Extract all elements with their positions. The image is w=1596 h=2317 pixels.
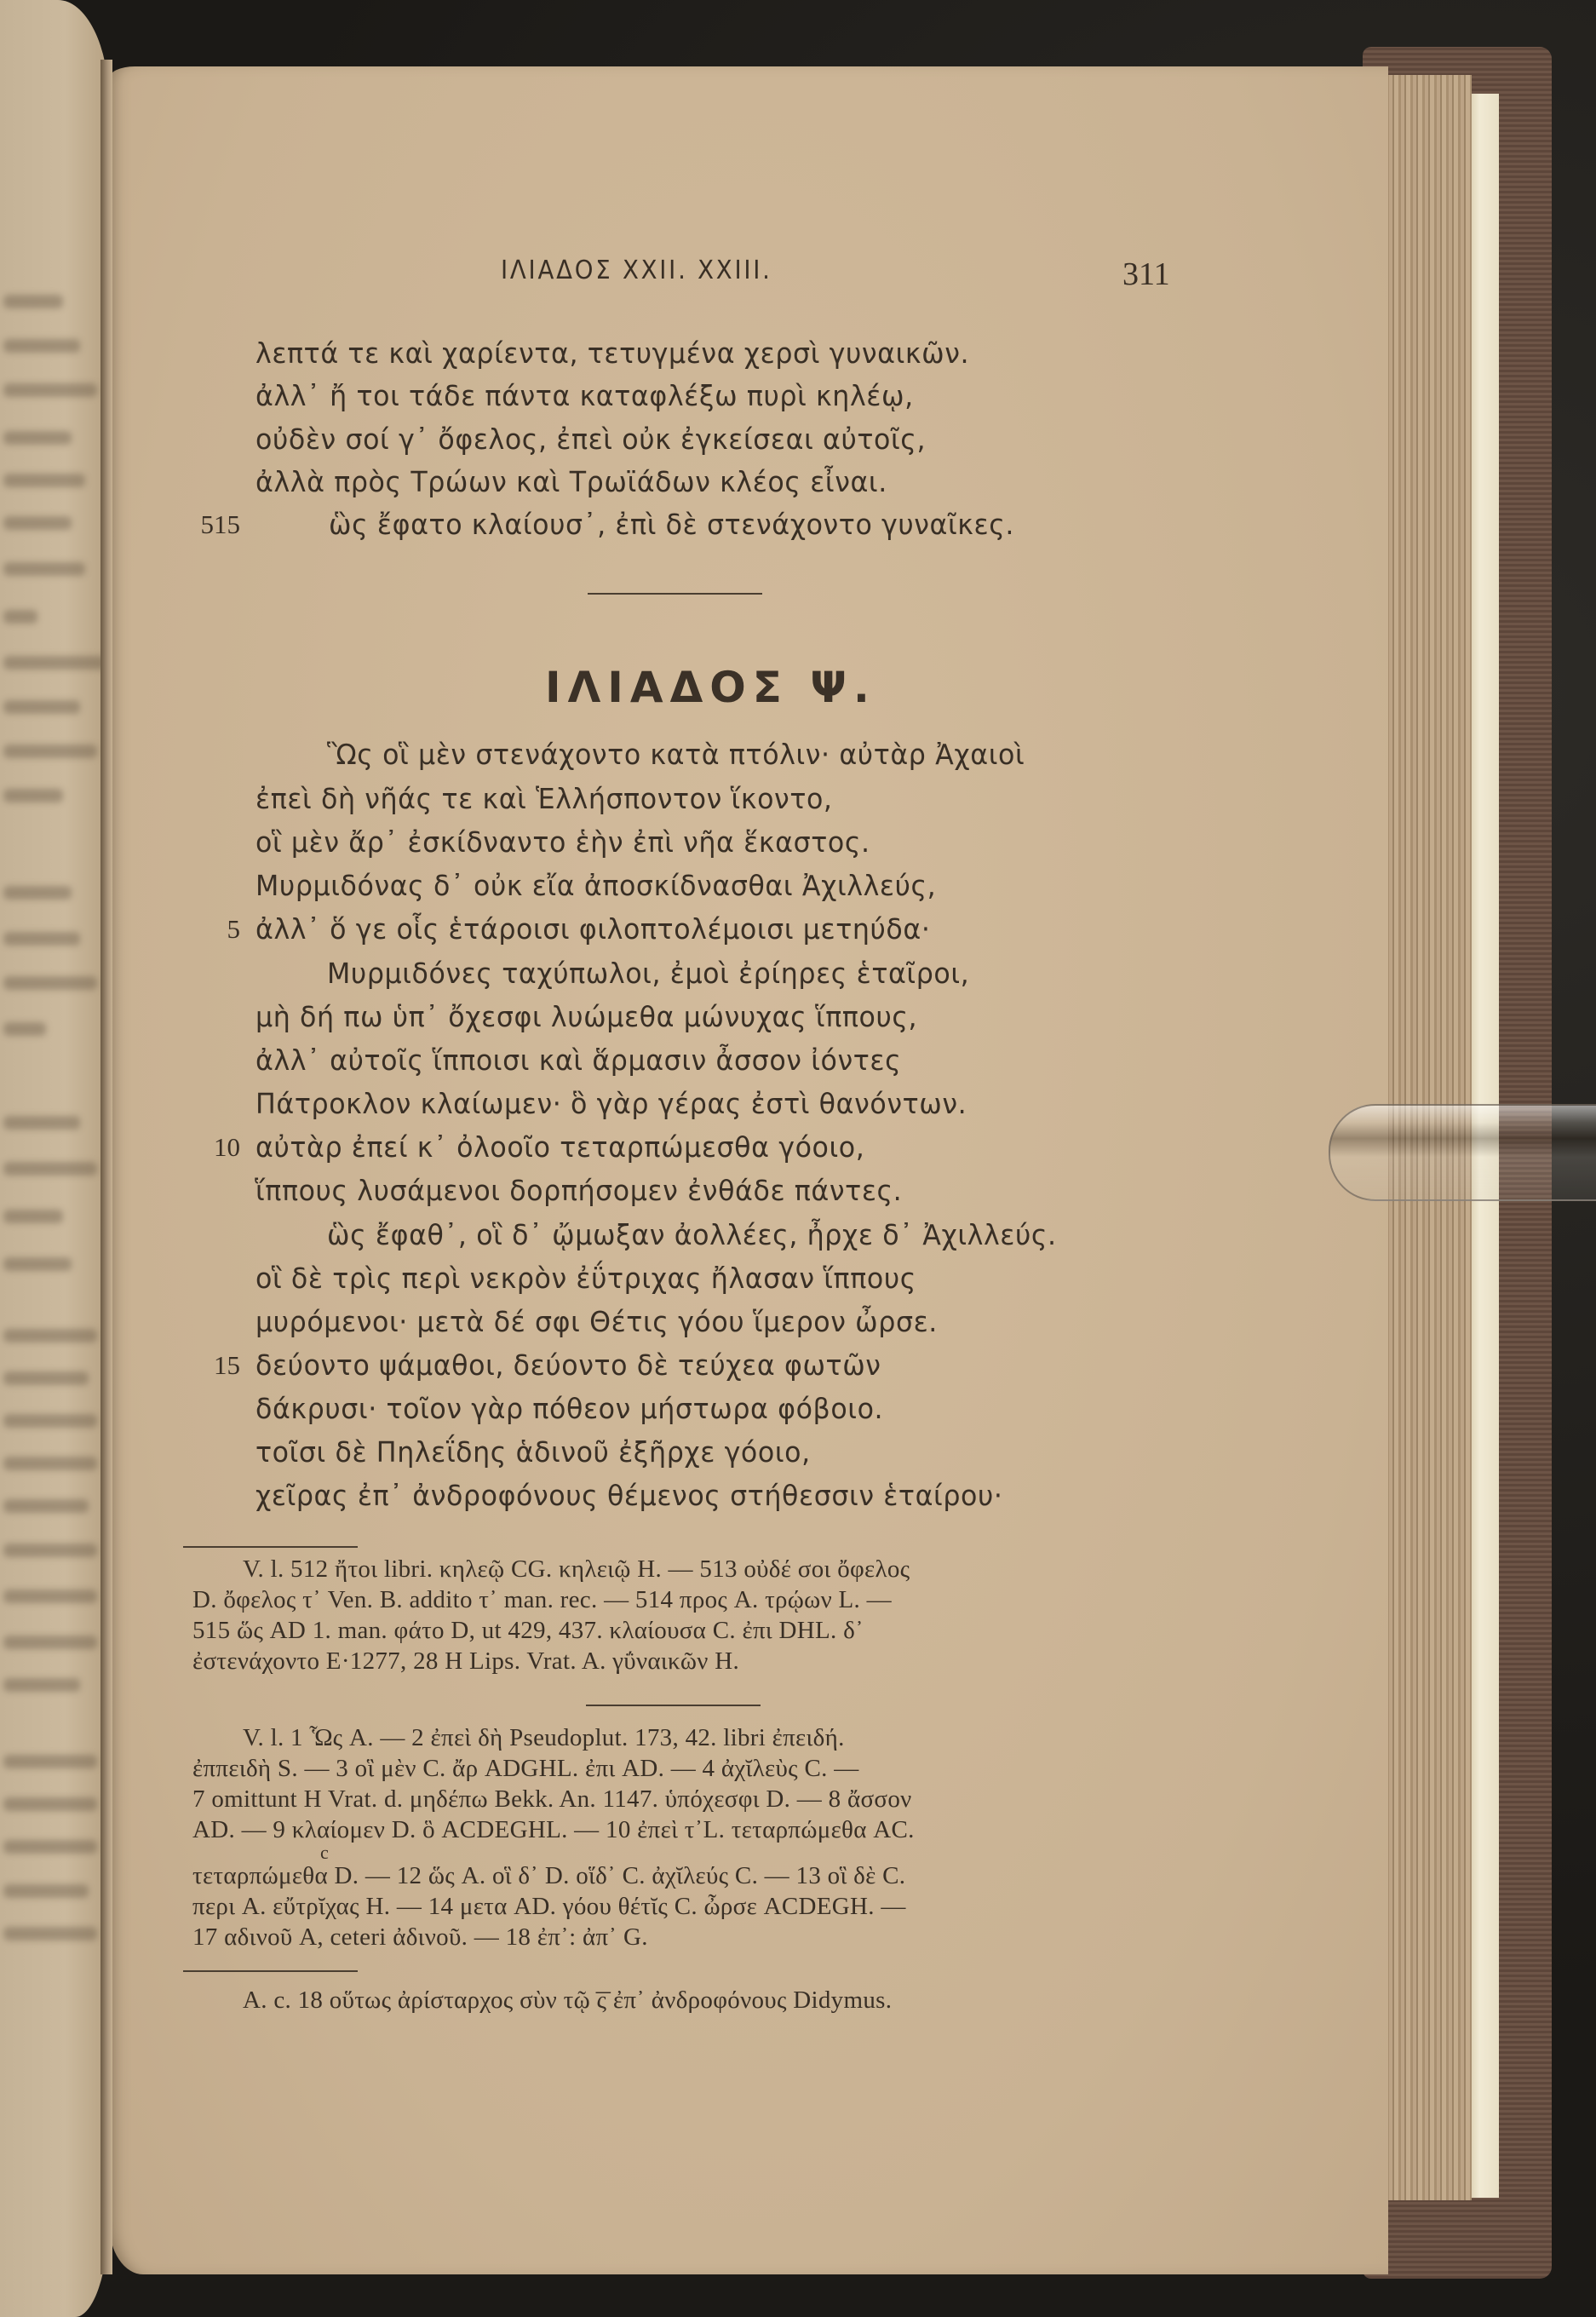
verse-line: δεύοντο ψάμαθοι, δεύοντο δὲ τεύχεα φωτῶν bbox=[255, 1348, 881, 1382]
apparatus-line: τεταρπώμεθα D. — 12 ὥς A. οἳ δ᾽ D. οἵδ᾽ … bbox=[192, 1862, 905, 1890]
verse-line: μὴ δή πω ὑπ᾽ ὄχεσφι λυώμεθα μώνυχας ἵππο… bbox=[255, 1000, 917, 1033]
left-facing-page bbox=[0, 0, 109, 2317]
line-number: 10 bbox=[189, 1132, 240, 1163]
line-number: 5 bbox=[189, 914, 240, 945]
paper-knife bbox=[1329, 1104, 1596, 1201]
apparatus-line: 515 ὥς AD 1. man. φάτο D, ut 429, 437. κ… bbox=[192, 1617, 864, 1645]
verse-line: χεῖρας ἐπ᾽ ἀνδροφόνους θέμενος στήθεσσιν… bbox=[255, 1479, 1003, 1512]
running-head-title: ΙΛΙΑΔΟΣ XXII. XXIII. bbox=[501, 256, 772, 285]
verse-line: ἐπεὶ δὴ νῆάς τε καὶ Ἑλλήσποντον ἵκοντο, bbox=[255, 782, 833, 815]
verse-line: Μυρμιδόνας δ᾽ οὐκ εἴα ἀποσκίδνασθαι Ἀχιλ… bbox=[255, 869, 936, 902]
verse-line: μυρόμενοι· μετὰ δέ σφι Θέτις γόου ἵμερον… bbox=[255, 1305, 938, 1338]
apparatus-rule bbox=[183, 1546, 358, 1548]
apparatus-line: ἐστενάχοντο E·1277, 28 H Lips. Vrat. A. … bbox=[192, 1647, 739, 1676]
verse-line: Ὣς οἳ μὲν στενάχοντο κατὰ πτόλιν· αὐτὰρ … bbox=[327, 738, 1025, 771]
verse-line: ὣς ἔφαθ᾽, οἳ δ᾽ ᾤμωξαν ἀολλέες, ἦρχε δ᾽ … bbox=[327, 1218, 1057, 1251]
book-title: ΙΛΙΑΔΟΣ Ψ. bbox=[545, 663, 876, 712]
apparatus-line: 7 omittunt H Vrat. d. μηδέπω Bekk. An. 1… bbox=[192, 1785, 912, 1814]
verse-line: ἀλλ᾽ ὅ γε οἷς ἑτάροισι φιλοπτολέμοισι με… bbox=[255, 912, 930, 946]
verse-line: λεπτά τε καὶ χαρίεντα, τετυγμένα χερσὶ γ… bbox=[255, 336, 969, 370]
verse-line: δάκρυσι· τοῖον γὰρ πόθεον μήστωρα φόβοιο… bbox=[255, 1392, 883, 1425]
superscript-c: c bbox=[320, 1842, 329, 1864]
line-number: 515 bbox=[189, 509, 240, 540]
apparatus-line: D. ὄφελος τ᾽ Ven. B. addito τ᾽ man. rec.… bbox=[192, 1586, 892, 1614]
verse-line: οἳ δὲ τρὶς περὶ νεκρὸν ἐΰτριχας ἤλασαν ἵ… bbox=[255, 1262, 916, 1295]
apparatus-line: AD. — 9 κλαίομεν D. ὃ ACDEGHL. — 10 ἐπεὶ… bbox=[192, 1816, 915, 1844]
apparatus-line: V. l. 1 Ὧς A. — 2 ἐπεὶ δὴ Pseudoplut. 17… bbox=[243, 1724, 845, 1752]
section-divider bbox=[588, 593, 762, 595]
verse-line: αὐτὰρ ἐπεί κ᾽ ὀλοοῖο τεταρπώμεσθα γόοιο, bbox=[255, 1130, 864, 1164]
apparatus-rule bbox=[586, 1705, 761, 1706]
apparatus-line: 17 αδινοῦ A, ceteri ἀδινοῦ. — 18 ἐπ᾽: ἀπ… bbox=[192, 1923, 648, 1952]
apparatus-line: V. l. 512 ἤτοι libri. κηλεῷ CG. κηλειῷ H… bbox=[243, 1555, 910, 1584]
verse-line: Μυρμιδόνες ταχύπωλοι, ἐμοὶ ἐρίηρες ἑταῖρ… bbox=[327, 957, 969, 990]
verse-line: οἳ μὲν ἄρ᾽ ἐσκίδναντο ἑὴν ἐπὶ νῆα ἕκαστο… bbox=[255, 825, 870, 859]
verse-line: Πάτροκλον κλαίωμεν· ὃ γὰρ γέρας ἐστὶ θαν… bbox=[255, 1087, 967, 1120]
line-number: 15 bbox=[189, 1350, 240, 1381]
verse-line: ἀλλὰ πρὸς Τρώων καὶ Τρωϊάδων κλέος εἶναι… bbox=[255, 465, 887, 498]
page-number: 311 bbox=[1122, 256, 1170, 293]
verse-line: οὐδὲν σοί γ᾽ ὄφελος, ἐπεὶ οὐκ ἐγκείσεαι … bbox=[255, 423, 926, 456]
page-gutter bbox=[100, 60, 112, 2274]
verse-line: ἵππους λυσάμενοι δορπήσομεν ἐνθάδε πάντε… bbox=[255, 1174, 902, 1207]
verse-line: τοῖσι δὲ Πηλεΐδης ἁδινοῦ ἐξῆρχε γόοιο, bbox=[255, 1435, 811, 1469]
verse-line: ἀλλ᾽ ἤ τοι τάδε πάντα καταφλέξω πυρὶ κηλ… bbox=[255, 379, 914, 412]
apparatus-line: ἐππειδὴ S. — 3 οἳ μὲν C. ἄρ ADGHL. ἐπι A… bbox=[192, 1755, 859, 1783]
apparatus-rule bbox=[183, 1970, 358, 1972]
apparatus-ac-line: A. c. 18 οὕτως ἀρίσταρχος σὺν τῷ ͞ς ἐπ᾽ … bbox=[243, 1986, 892, 2015]
apparatus-line: περι A. εὔτρῐχας H. — 14 μετα AD. γόου θ… bbox=[192, 1893, 906, 1921]
verse-line: ὣς ἔφατο κλαίουσ᾽, ἐπὶ δὲ στενάχοντο γυν… bbox=[329, 508, 1014, 541]
verse-line: ἀλλ᾽ αὐτοῖς ἵπποισι καὶ ἅρμασιν ἆσσον ἰό… bbox=[255, 1044, 901, 1077]
